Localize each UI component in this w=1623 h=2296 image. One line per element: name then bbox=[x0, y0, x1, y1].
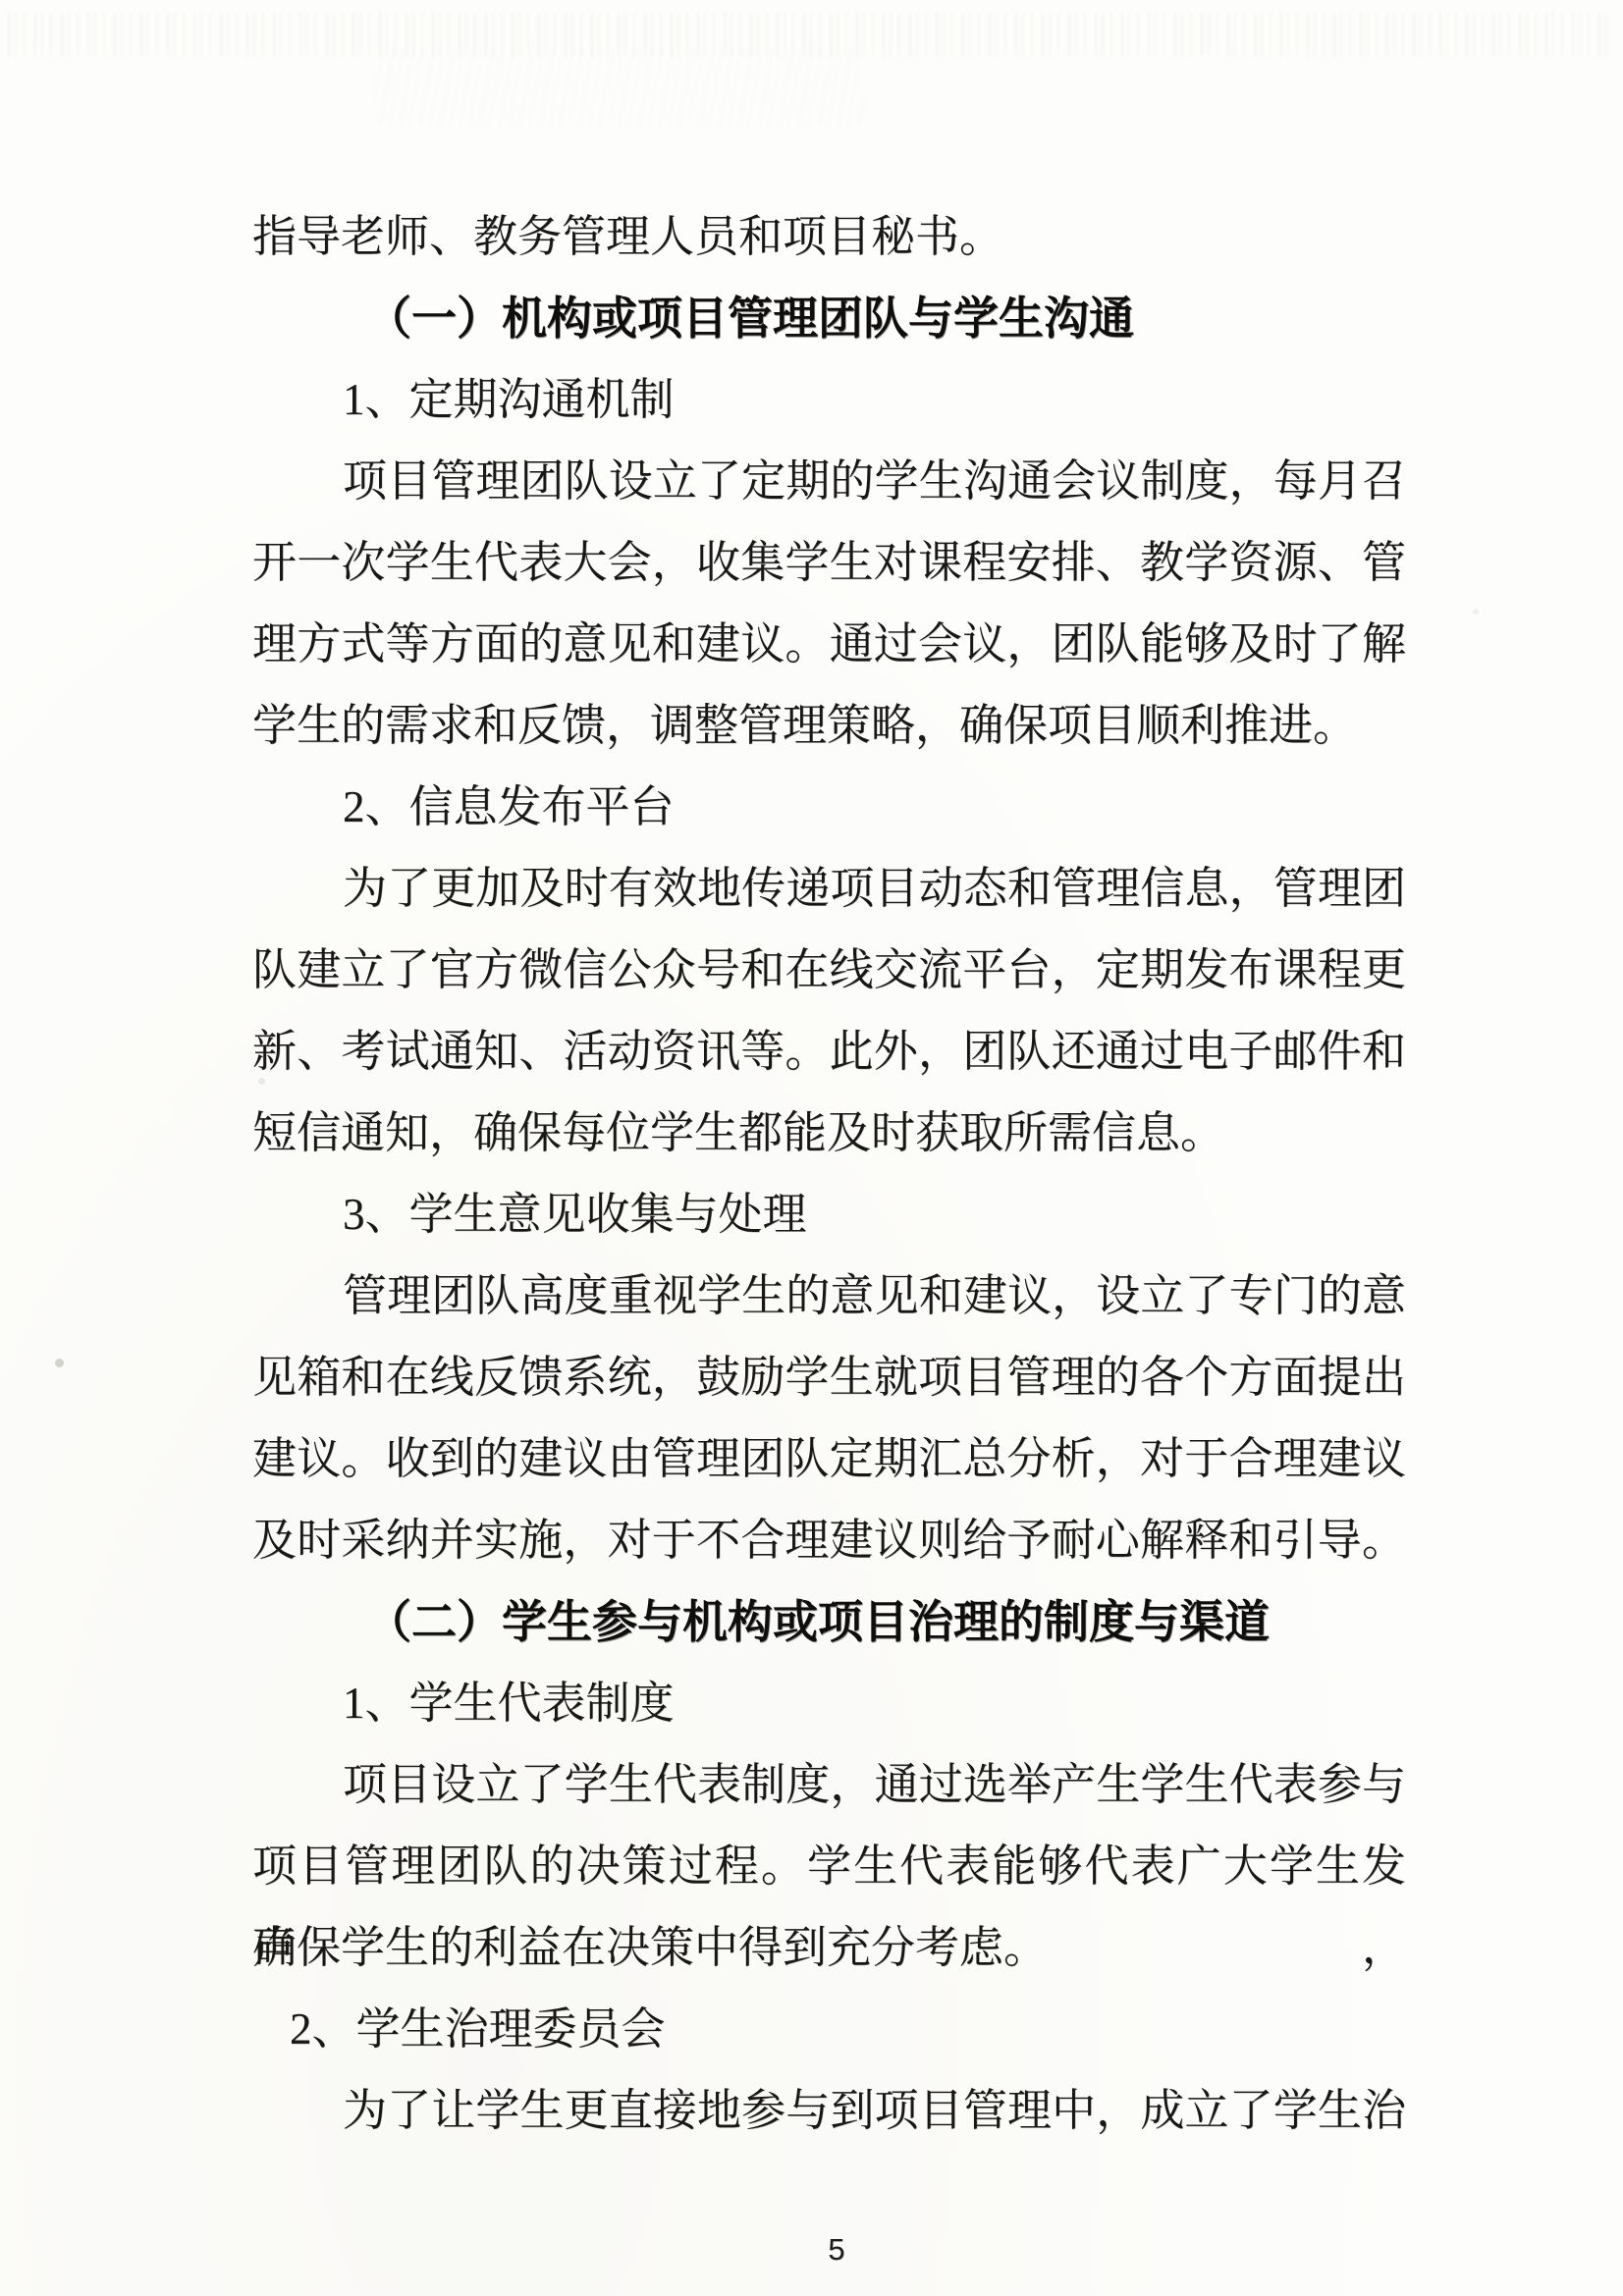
scan-artifact-top-secondary bbox=[373, 47, 864, 126]
scan-artifact-dot bbox=[55, 1359, 64, 1367]
text-line: 1、学生代表制度 bbox=[252, 1663, 1406, 1744]
text-line: （二）学生参与机构或项目治理的制度与渠道 bbox=[252, 1581, 1406, 1663]
text-line: 3、学生意见收集与处理 bbox=[252, 1174, 1406, 1255]
text-line: 见箱和在线反馈系统，鼓励学生就项目管理的各个方面提出 bbox=[252, 1337, 1406, 1418]
text-line: 学生的需求和反馈，调整管理策略，确保项目顺利推进。 bbox=[252, 685, 1406, 767]
text-line: 项目管理团队的决策过程。学生代表能够代表广大学生发声， bbox=[252, 1826, 1406, 1907]
text-line: 队建立了官方微信公众号和在线交流平台，定期发布课程更 bbox=[252, 930, 1406, 1011]
text-line: 项目管理团队设立了定期的学生沟通会议制度，每月召 bbox=[252, 441, 1406, 522]
text-line: 指导老师、教务管理人员和项目秘书。 bbox=[252, 196, 1406, 278]
text-line: 理方式等方面的意见和建议。通过会议，团队能够及时了解 bbox=[252, 604, 1406, 685]
text-line: 为了让学生更直接地参与到项目管理中，成立了学生治 bbox=[252, 2070, 1406, 2152]
document-page: 指导老师、教务管理人员和项目秘书。（一）机构或项目管理团队与学生沟通1、定期沟通… bbox=[0, 0, 1623, 2296]
page-number: 5 bbox=[778, 2226, 895, 2273]
text-line: 2、信息发布平台 bbox=[252, 767, 1406, 848]
text-line: 2、学生治理委员会 bbox=[252, 1989, 1406, 2070]
text-line: 建议。收到的建议由管理团队定期汇总分析，对于合理建议 bbox=[252, 1418, 1406, 1500]
text-line: 新、考试通知、活动资讯等。此外，团队还通过电子邮件和 bbox=[252, 1011, 1406, 1093]
text-line: 管理团队高度重视学生的意见和建议，设立了专门的意 bbox=[252, 1255, 1406, 1337]
text-line: 为了更加及时有效地传递项目动态和管理信息，管理团 bbox=[252, 848, 1406, 930]
text-line: 1、定期沟通机制 bbox=[252, 359, 1406, 441]
text-line: 项目设立了学生代表制度，通过选举产生学生代表参与 bbox=[252, 1744, 1406, 1826]
scan-artifact-dot bbox=[1473, 609, 1479, 614]
text-body: 指导老师、教务管理人员和项目秘书。（一）机构或项目管理团队与学生沟通1、定期沟通… bbox=[252, 196, 1406, 2152]
text-line: 及时采纳并实施，对于不合理建议则给予耐心解释和引导。 bbox=[252, 1500, 1406, 1581]
text-line: （一）机构或项目管理团队与学生沟通 bbox=[252, 278, 1406, 359]
text-line: 开一次学生代表大会，收集学生对课程安排、教学资源、管 bbox=[252, 522, 1406, 604]
text-line: 短信通知，确保每位学生都能及时获取所需信息。 bbox=[252, 1093, 1406, 1174]
